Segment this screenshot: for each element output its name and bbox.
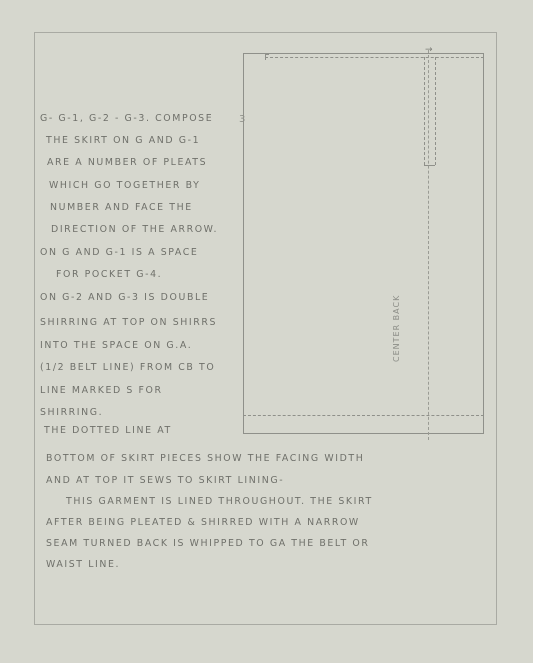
top-dotted-lining-line	[265, 57, 484, 58]
arrow-right-icon: →	[425, 46, 433, 55]
note-line: WAIST LINE.	[46, 560, 120, 569]
note-line: FOR POCKET G-4.	[56, 270, 162, 279]
note-line: NUMBER AND FACE THE	[50, 203, 193, 212]
pocket-outline-right	[435, 57, 436, 165]
note-line: (1/2 BELT LINE) FROM CB TO	[40, 363, 215, 372]
note-line: G- G-1, G-2 - G-3. COMPOSE	[40, 114, 213, 123]
skirt-pattern-piece	[243, 53, 484, 434]
note-line: LINE MARKED S FOR	[40, 386, 163, 395]
note-line: SEAM TURNED BACK IS WHIPPED TO GA THE BE…	[46, 539, 369, 548]
note-line: THE DOTTED LINE AT	[44, 426, 172, 435]
facing-dotted-line	[243, 415, 484, 416]
note-line: INTO THE SPACE ON G.A.	[40, 341, 192, 350]
pocket-outline-left	[424, 57, 425, 165]
side-mark: 3	[239, 114, 245, 125]
note-line: WHICH GO TOGETHER BY	[49, 181, 200, 190]
note-line: ARE A NUMBER OF PLEATS	[47, 158, 207, 167]
note-line: THE SKIRT ON G AND G-1	[46, 136, 200, 145]
note-line: SHIRRING.	[40, 408, 103, 417]
center-back-label: CENTER BACK	[392, 295, 401, 362]
note-line: SHIRRING AT TOP ON SHIRRS	[40, 318, 217, 327]
note-line: THIS GARMENT IS LINED THROUGHOUT. THE SK…	[66, 497, 373, 506]
drawing-sheet: → 3 CENTER BACK G- G-1, G-2 - G-3. COMPO…	[0, 0, 533, 663]
top-corner-tick	[265, 54, 269, 60]
note-line: AFTER BEING PLEATED & SHIRRED WITH A NAR…	[46, 518, 360, 527]
note-line: BOTTOM OF SKIRT PIECES SHOW THE FACING W…	[46, 454, 364, 463]
note-line: AND AT TOP IT SEWS TO SKIRT LINING-	[46, 476, 284, 485]
pocket-outline-bottom	[424, 165, 435, 166]
center-back-line	[428, 50, 429, 440]
note-line: ON G-2 AND G-3 IS DOUBLE	[40, 293, 209, 302]
note-line: DIRECTION OF THE ARROW.	[51, 225, 218, 234]
note-line: ON G AND G-1 IS A SPACE	[40, 248, 198, 257]
